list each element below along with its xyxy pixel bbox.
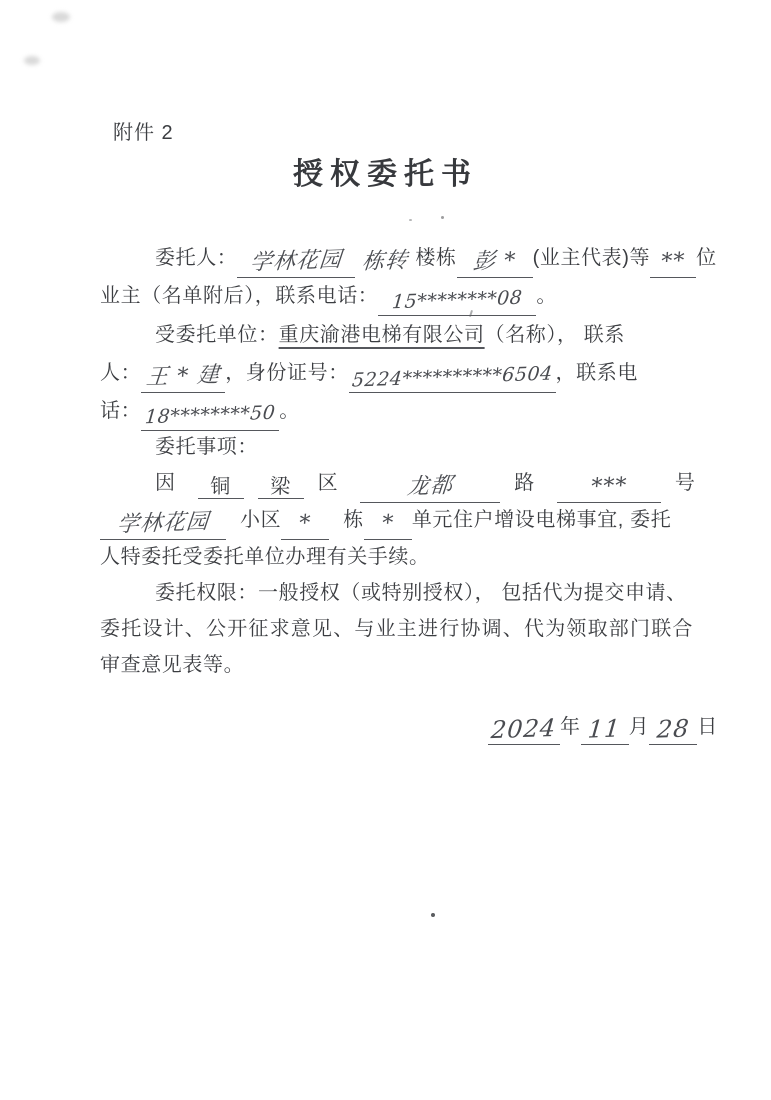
scan-smudge (24, 56, 40, 65)
date-line: 2024年11月28日 (488, 712, 718, 745)
agency-line2-mid: ，身份证号： (225, 362, 349, 384)
client-line-1: 委托人：学林花园栋转楼栋彭 *(业主代表)等**位 (155, 243, 717, 278)
community2-handwriting: 学林花园 (116, 507, 211, 540)
year-handwriting: 2024 (490, 713, 558, 745)
matters-line-3: 人特委托受委托单位办理有关手续。 (100, 542, 430, 572)
block-handwriting: * (298, 509, 313, 540)
contact-blank: 王 * 建 (141, 366, 225, 393)
authority-line-2: 委托设计、公开征求意见、与业主进行协调、代为领取部门联合 (100, 614, 694, 644)
rep-blank: 彭 * (457, 251, 533, 278)
matters-line-2: 学林花园小区*栋*单元住户增设电梯事宜, 委托 (100, 505, 671, 540)
road-name-handwriting: 龙都 (406, 471, 455, 503)
building-word: 楼栋 (415, 247, 456, 269)
agency-line-3: 话：18********50。 (100, 396, 300, 431)
agency-line-1: 受委托单位：重庆渝港电梯有限公司（名称）， 联系 (155, 320, 625, 350)
unit-handwriting: * (380, 509, 395, 540)
ink-speck (431, 913, 435, 917)
ink-speck (409, 219, 412, 221)
day-label: 日 (697, 716, 718, 738)
client-phone-handwriting: 15********08 (391, 283, 524, 318)
after-rep-text: (业主代表)等 (533, 247, 651, 269)
day-handwriting: 28 (656, 713, 691, 744)
client-line2-period: 。 (536, 285, 557, 307)
district-char-2: 梁 (258, 472, 304, 499)
month-blank: 11 (581, 718, 629, 745)
id-blank: 5224**********6504 (349, 366, 556, 393)
building-blank: 栋转 (355, 250, 415, 277)
rep-handwriting: 彭 * (472, 246, 518, 278)
agency-line2-suffix: ，联系电 (556, 362, 638, 384)
contact-handwriting: 王 * 建 (145, 361, 222, 394)
agency-line3-prefix: 话： (100, 400, 141, 422)
matters-xiaoqu: 小区 (240, 509, 281, 531)
agency-label: 受委托单位： (155, 324, 279, 346)
client-phone-blank: 15********08 (378, 289, 536, 316)
client-line2-text: 业主（名单附后），联系电话： (100, 285, 378, 307)
matters-dong: 栋 (343, 509, 364, 531)
count-blank: ** (650, 251, 696, 278)
client-line-2: 业主（名单附后），联系电话：15********08。 (100, 281, 557, 316)
scanned-authorization-letter: 附件 2 授权委托书 委托人：学林花园栋转楼栋彭 *(业主代表)等**位 业主（… (0, 0, 771, 1100)
matters-lu: 路 (514, 472, 535, 494)
day-blank: 28 (649, 718, 697, 745)
company-name: 重庆渝港电梯有限公司 (279, 324, 485, 346)
year-label: 年 (560, 716, 581, 738)
agency-phone-blank: 18********50 (141, 404, 279, 431)
authority-line-3: 审查意见表等。 (100, 650, 244, 680)
matters-qu: 区 (318, 472, 339, 494)
building-handwriting: 栋转 (361, 246, 410, 278)
block-blank: * (281, 513, 329, 540)
matters-line2-rest: 单元住户增设电梯事宜, 委托 (412, 509, 672, 531)
matters-line-1: 因铜梁区龙都路***号 (155, 468, 695, 503)
page-title: 授权委托书 (0, 160, 771, 190)
agency-line3-period: 。 (279, 400, 300, 422)
year-blank: 2024 (488, 718, 560, 745)
month-handwriting: 11 (587, 713, 622, 744)
attachment-label: 附件 2 (113, 118, 174, 148)
month-label: 月 (629, 716, 650, 738)
road-number-handwriting: *** (590, 471, 629, 502)
community-blank: 学林花园 (237, 251, 355, 278)
authority-line-1: 委托权限：一般授权（或特别授权）， 包括代为提交申请、 (155, 578, 687, 608)
client-label: 委托人： (155, 247, 237, 269)
unit-text: 位 (696, 247, 717, 269)
road-name-blank: 龙都 (360, 476, 500, 503)
agency-line2-prefix: 人： (100, 362, 141, 384)
community2-blank: 学林花园 (100, 513, 226, 540)
matters-yin: 因 (155, 472, 176, 494)
matters-heading: 委托事项： (155, 432, 258, 462)
scan-smudge (52, 12, 70, 22)
id-handwriting: 5224**********6504 (351, 358, 554, 395)
ink-speck (441, 216, 444, 219)
community-handwriting: 学林花园 (249, 245, 344, 278)
road-number-blank: *** (557, 476, 661, 503)
count-handwriting: ** (660, 247, 687, 278)
unit-blank: * (364, 513, 412, 540)
district-char-1: 铜 (198, 472, 244, 499)
agency-line1-after: （名称）， 联系 (485, 324, 625, 346)
agency-phone-handwriting: 18********50 (144, 398, 277, 433)
matters-hao: 号 (675, 472, 696, 494)
agency-line-2: 人：王 * 建，身份证号：5224**********6504，联系电 (100, 358, 638, 393)
